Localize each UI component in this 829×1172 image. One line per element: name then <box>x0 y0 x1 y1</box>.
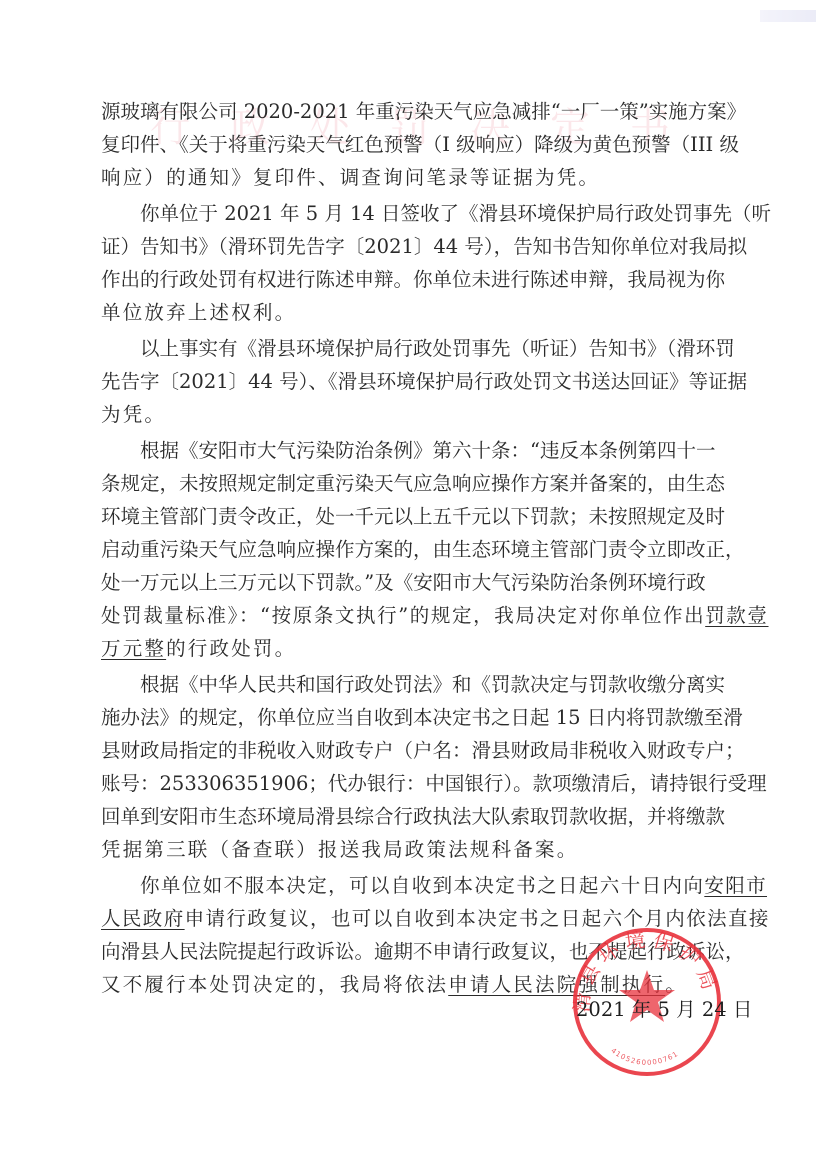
text-line: 环境主管部门责令改正，处一千元以上五千元以下罚款；未按照规定及时 <box>101 503 731 531</box>
text-line: 万元整的行政处罚。 <box>101 635 731 663</box>
text-line: 施办法》的规定，你单位应当自收到本决定书之日起 15 日内将罚款缴至滑 <box>101 704 731 732</box>
text-segment: 处罚裁量标准》：“按原条文执行”的规定，我局决定对你单位作出 <box>101 602 705 630</box>
text-segment: 你单位如不服本决定，可以自收到本决定书之日起六十日内向 <box>140 872 704 900</box>
text-line: 为凭。 <box>101 401 731 429</box>
text-line: 账号：253306351906；代办银行：中国银行）。款项缴清后，请持银行受理 <box>101 770 731 798</box>
text-line: 你单位于 2021 年 5 月 14 日签收了《滑县环境保护局行政处罚事先（听 <box>140 200 731 228</box>
text-line: 凭据第三联（备查联）报送我局政策法规科备案。 <box>101 836 731 864</box>
text-line: 先告字〔2021〕44 号）、《滑县环境保护局行政处罚文书送达回证》等证据 <box>101 368 731 396</box>
document-date: 2021 年 5 月 24 日 <box>576 996 752 1024</box>
text-line: 复印件、《关于将重污染天气红色预警（I 级响应）降级为黄色预警（III 级 <box>101 131 731 159</box>
text-line: 根据《中华人民共和国行政处罚法》和《罚款决定与罚款收缴分离实 <box>140 671 731 699</box>
fine-amount-underlined: 罚款壹 <box>705 602 768 630</box>
text-line: 单位放弃上述权利。 <box>101 299 731 327</box>
text-segment: 的行政处罚。 <box>166 635 296 663</box>
text-line: 条规定，未按照规定制定重污染天气应急响应操作方案并备案的，由生态 <box>101 470 731 498</box>
text-line: 启动重污染天气应急响应操作方案的，由生态环境主管部门责令立即改正， <box>101 536 731 564</box>
text-line: 县财政局指定的非税收入财政专户（户名：滑县财政局非税收入财政专户； <box>101 737 731 765</box>
scan-artifact <box>760 10 816 22</box>
document-page: 行政处罚决定书 源玻璃有限公司 2020-2021 年重污染天气应急减排“一厂一… <box>0 0 829 1172</box>
text-line: 响应）的通知》复印件、调查询问笔录等证据为凭。 <box>101 164 731 192</box>
text-line: 你单位如不服本决定，可以自收到本决定书之日起六十日内向安阳市 <box>140 872 731 900</box>
text-line: 处一万元以上三万元以下罚款。”及《安阳市大气污染防治条例环境行政 <box>101 569 731 597</box>
text-line: 根据《安阳市大气污染防治条例》第六十条：“违反本条例第四十一 <box>140 437 731 465</box>
text-line: 作出的行政处罚有权进行陈述申辩。你单位未进行陈述申辩，我局视为你 <box>101 266 731 294</box>
review-authority-underlined: 安阳市 <box>704 872 767 900</box>
text-line: 证）告知书》（滑环罚先告字〔2021〕44 号），告知书告知你单位对我局拟 <box>101 233 731 261</box>
review-authority-underlined: 人民政府 <box>101 905 185 933</box>
text-line: 处罚裁量标准》：“按原条文执行”的规定，我局决定对你单位作出罚款壹 <box>101 602 731 630</box>
text-line: 回单到安阳市生态环境局滑县综合行政执法大队索取罚款收据，并将缴款 <box>101 803 731 831</box>
text-line: 以上事实有《滑县环境保护局行政处罚事先（听证）告知书》（滑环罚 <box>140 335 731 363</box>
text-segment: 又不履行本处罚决定的，我局将依法 <box>101 971 448 999</box>
svg-text:4105260000761: 4105260000761 <box>609 1047 680 1067</box>
text-line: 源玻璃有限公司 2020-2021 年重污染天气应急减排“一厂一策”实施方案》 <box>101 98 731 126</box>
fine-amount-underlined: 万元整 <box>101 635 166 663</box>
